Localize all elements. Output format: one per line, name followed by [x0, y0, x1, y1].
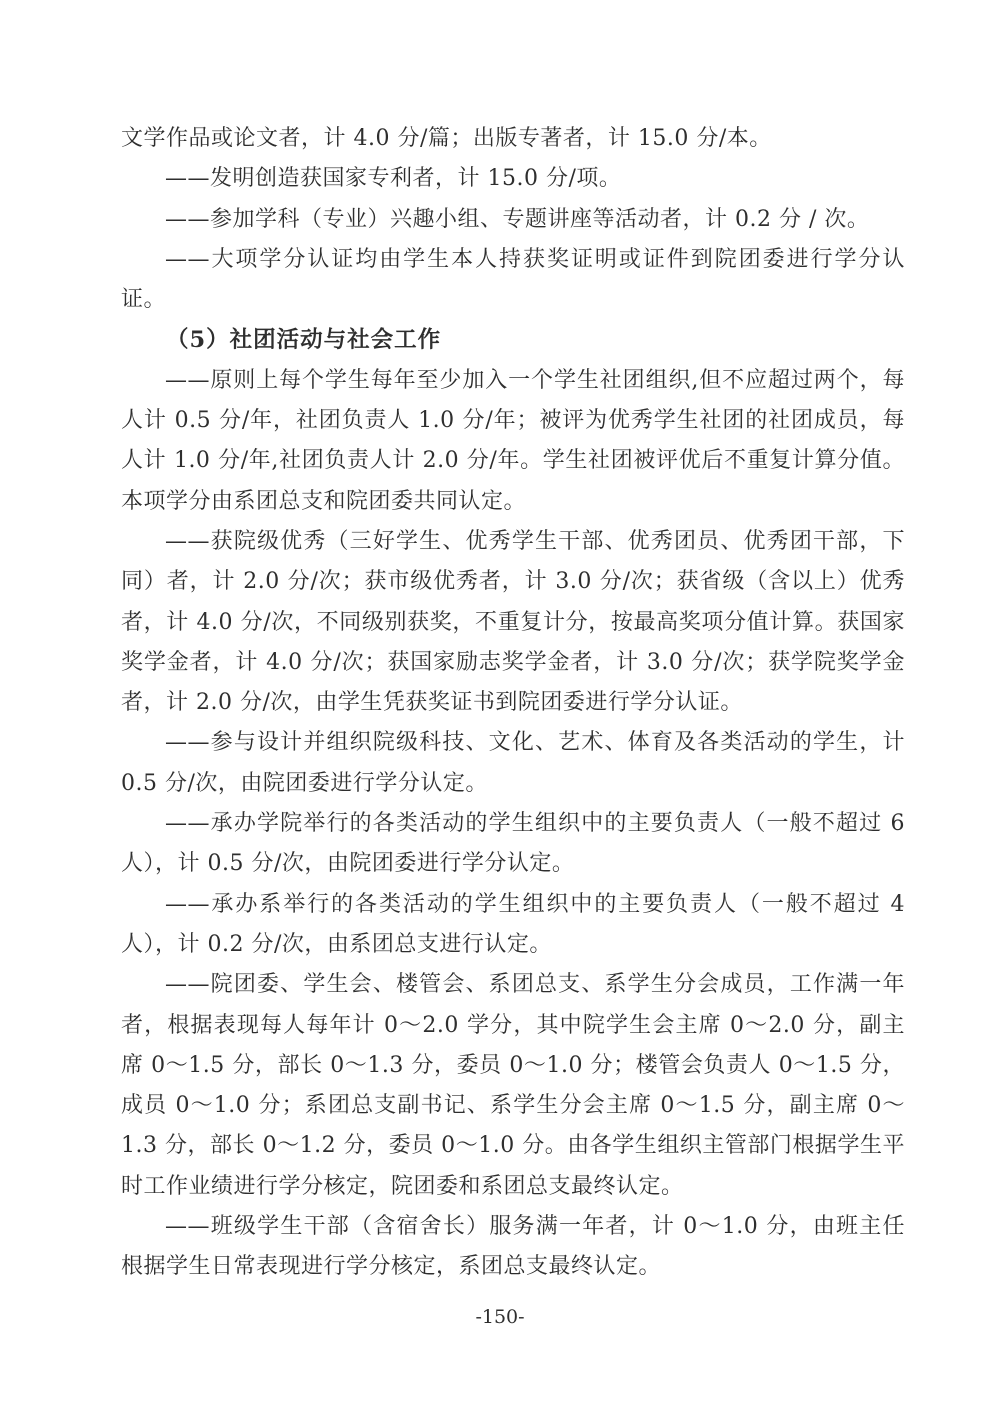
paragraph: ——参与设计并组织院级科技、文化、艺术、体育及各类活动的学生，计 0.5 分/次… [121, 723, 905, 804]
page-number: -150- [475, 1306, 524, 1328]
paragraph: ——参加学科（专业）兴趣小组、专题讲座等活动者，计 0.2 分 / 次。 [121, 200, 905, 240]
paragraph: ——大项学分认证均由学生本人持获奖证明或证件到院团委进行学分认证。 [121, 240, 905, 321]
paragraph: ——发明创造获国家专利者，计 15.0 分/项。 [121, 159, 905, 199]
paragraph: ——院团委、学生会、楼管会、系团总支、系学生分会成员，工作满一年者，根据表现每人… [121, 965, 905, 1207]
page-footer: -150- [0, 1306, 1000, 1328]
paragraph: ——原则上每个学生每年至少加入一个学生社团组织,但不应超过两个，每人计 0.5 … [121, 361, 905, 522]
page-body-text: 文学作品或论文者，计 4.0 分/篇；出版专著者，计 15.0 分/本。 ——发… [121, 119, 905, 1288]
paragraph-continuation: 文学作品或论文者，计 4.0 分/篇；出版专著者，计 15.0 分/本。 [121, 119, 905, 159]
paragraph: ——班级学生干部（含宿舍长）服务满一年者，计 0～1.0 分，由班主任根据学生日… [121, 1207, 905, 1288]
paragraph: ——获院级优秀（三好学生、优秀学生干部、优秀团员、优秀团干部，下同）者，计 2.… [121, 522, 905, 723]
paragraph: ——承办学院举行的各类活动的学生组织中的主要负责人（一般不超过 6 人），计 0… [121, 804, 905, 885]
paragraph: ——承办系举行的各类活动的学生组织中的主要负责人（一般不超过 4 人），计 0.… [121, 885, 905, 966]
section-heading: （5）社团活动与社会工作 [121, 320, 905, 360]
document-page: 文学作品或论文者，计 4.0 分/篇；出版专著者，计 15.0 分/本。 ——发… [0, 0, 1000, 1414]
